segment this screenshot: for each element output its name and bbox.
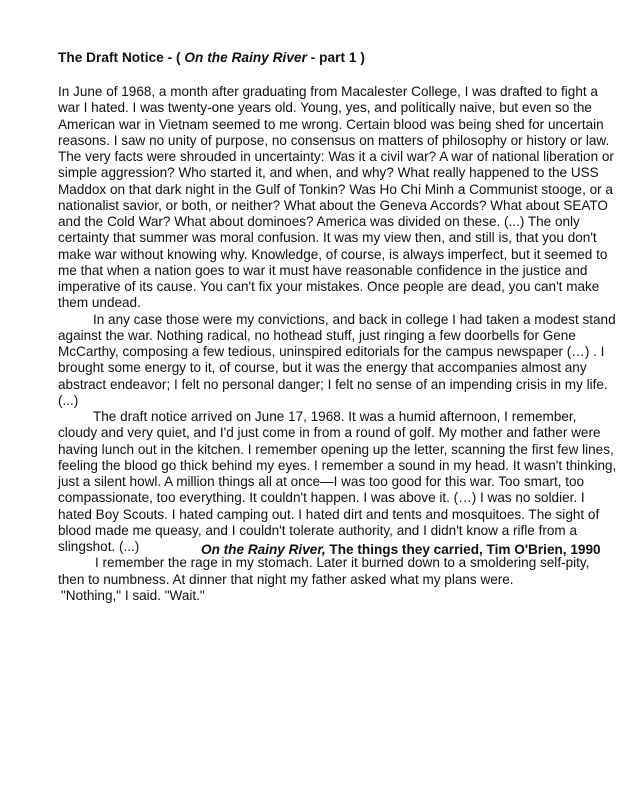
text-line: abstract endeavor; I felt no personal da…: [58, 377, 578, 393]
text-line: brought some energy to it, of course, bu…: [58, 360, 578, 376]
attribution-details: The things they carried, Tim O'Brien, 19…: [326, 542, 601, 557]
title-suffix: - part 1 ): [307, 50, 365, 65]
text-line: just a silent howl. A million things all…: [58, 474, 578, 490]
excerpt-body: In June of 1968, a month after graduatin…: [58, 84, 578, 604]
text-line: and the Cold War? What about dominoes? A…: [58, 214, 578, 230]
text-line: imperative of its cause. You can't fix y…: [58, 279, 578, 295]
text-line: compassionate, too everything. It couldn…: [58, 490, 578, 506]
text-line: nationalist savior, or both, or neither?…: [58, 198, 578, 214]
text-line: cloudy and very quiet, and I'd just come…: [58, 425, 578, 441]
text-line: simple aggression? Who started it, and w…: [58, 165, 578, 181]
title-prefix: The Draft Notice - (: [58, 50, 184, 65]
text-line: certainty that summer was moral confusio…: [58, 230, 578, 246]
text-line: American war in Vietnam seemed to me wro…: [58, 117, 578, 133]
text-line: feeling the blood go thick behind my eye…: [58, 458, 578, 474]
source-attribution: On the Rainy River, The things they carr…: [201, 542, 601, 557]
paragraph-start-line: The draft notice arrived on June 17, 196…: [58, 409, 578, 425]
paragraph-start-line: In any case those were my convictions, a…: [58, 312, 578, 328]
text-line: (...): [58, 393, 578, 409]
text-line: then to numbness. At dinner that night m…: [58, 572, 578, 588]
text-line: war I hated. I was twenty-one years old.…: [58, 100, 578, 116]
text-line: having lunch out in the kitchen. I remem…: [58, 442, 578, 458]
text-line: In June of 1968, a month after graduatin…: [58, 84, 578, 100]
text-line: hated Boy Scouts. I hated camping out. I…: [58, 507, 578, 523]
text-line: The very facts were shrouded in uncertai…: [58, 149, 578, 165]
text-line: make war without knowing why. Knowledge,…: [58, 247, 578, 263]
text-line: them undead.: [58, 295, 578, 311]
title-italic-work: On the Rainy River: [184, 50, 307, 65]
text-line: reasons. I saw no unity of purpose, no c…: [58, 133, 578, 149]
paragraph-start-line: I remember the rage in my stomach. Later…: [58, 555, 578, 571]
text-line: against the war. Nothing radical, no hot…: [58, 328, 578, 344]
text-line: me that when a nation goes to war it mus…: [58, 263, 578, 279]
text-line: Maddox on that dark night in the Gulf of…: [58, 182, 578, 198]
text-line: blood made me queasy, and I couldn't tol…: [58, 523, 578, 539]
attribution-work-title: On the Rainy River,: [201, 542, 326, 557]
dialogue-line: "Nothing," I said. "Wait.": [58, 588, 578, 604]
document-title: The Draft Notice - ( On the Rainy River …: [58, 50, 365, 65]
text-line: McCarthy, composing a few tedious, unins…: [58, 344, 578, 360]
